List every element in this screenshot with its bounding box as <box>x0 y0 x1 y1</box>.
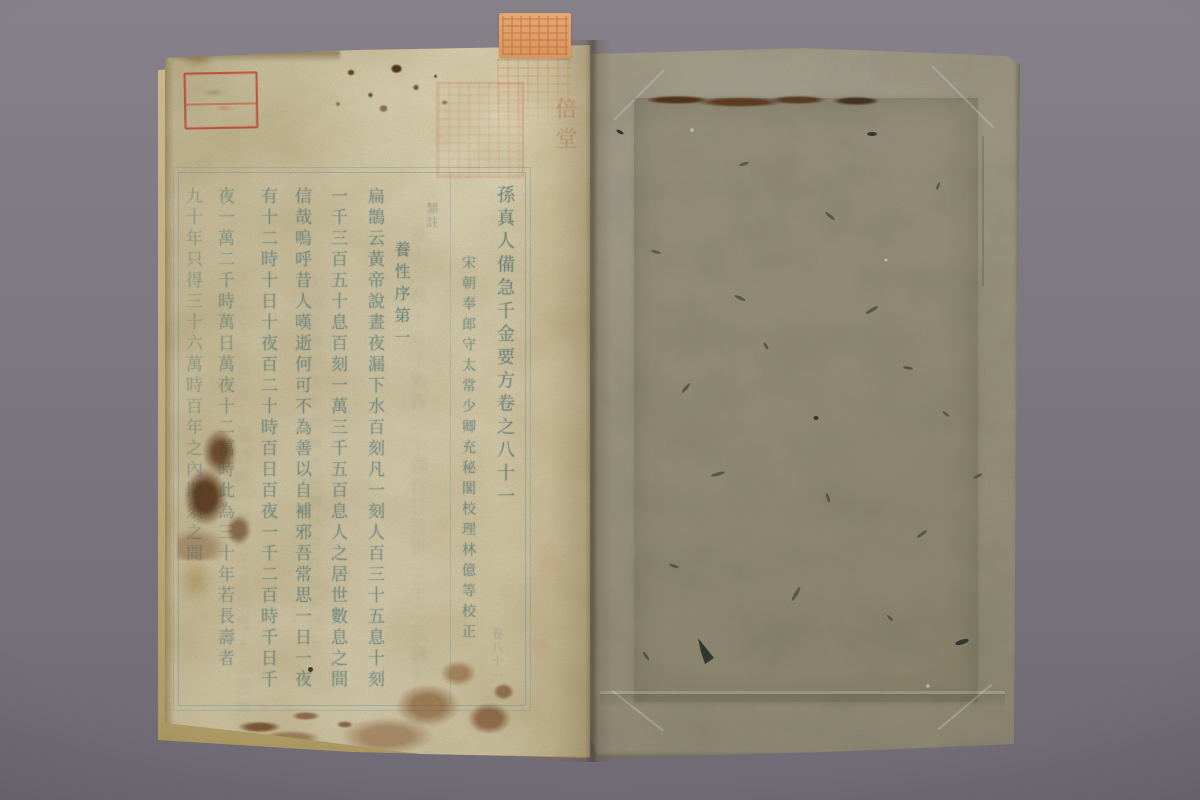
faded-seal-trace <box>513 615 568 673</box>
faded-orange-seal <box>497 59 571 133</box>
editors-column: 宋朝奉郎守太常少卿充秘閣校理林億等校正 <box>458 255 478 645</box>
section-heading-column: 養性序第一 <box>390 241 413 351</box>
photo-of-open-book: 有十二時十日十夜百二十時百日百夜一千二百時千日千 宋朝奉郎守太常少卿充秘閣校理林… <box>0 0 1200 800</box>
annotation-column: 類註 <box>424 202 441 230</box>
darkened-top-edge <box>165 51 340 62</box>
body-column: 九十年只得三十六萬時百年之內斯須之間 <box>180 187 205 565</box>
title-column: 孫真人備急千金要方卷之八十一 <box>491 185 517 510</box>
red-collector-seal <box>184 71 259 129</box>
page-fore-edge <box>165 53 174 743</box>
margin-marker: 卷八十一 <box>489 627 506 683</box>
body-column: 有十二時十日十夜百二十時百日百夜一千二百時千日千 <box>255 187 280 691</box>
body-column: 信哉嗚呼昔人嘆逝何可不為善以自補邪吾常思一日一夜 <box>289 187 314 691</box>
frame-column-rule <box>450 172 451 704</box>
body-column: 一千三百五十息百刻一萬三千五百息人之居世數息之間 <box>325 187 350 691</box>
label-seal-pattern <box>502 16 568 55</box>
inside-cover <box>590 46 1020 758</box>
left-page: 有十二時十日十夜百二十時百日百夜一千二百時千日千 宋朝奉郎守太常少卿充秘閣校理林… <box>165 45 590 757</box>
orange-edge-label <box>499 13 571 58</box>
body-column: 夜一萬二千時萬日萬夜十二萬時此為三十年若長壽者 <box>212 187 237 670</box>
fiber-flecks <box>590 46 1020 758</box>
faded-seal-trace <box>517 525 577 595</box>
body-column: 扁鵲云黃帝說晝夜漏下水百刻凡一刻人百三十五息十刻 <box>362 187 387 691</box>
